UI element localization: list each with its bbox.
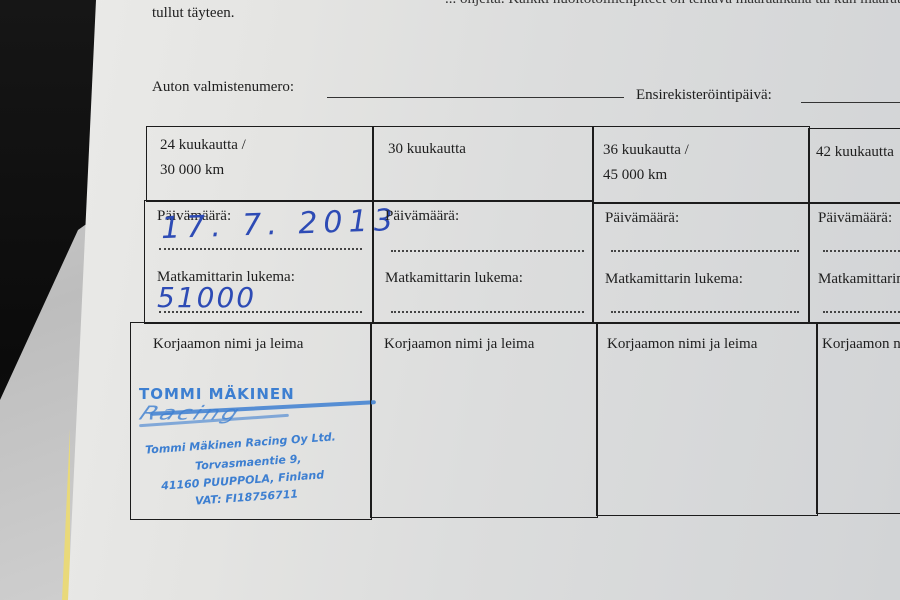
vin-field[interactable] xyxy=(327,97,624,98)
workshop-cell-24m: Korjaamon nimi ja leima TOMMI MÄKINEN Ra… xyxy=(130,322,372,520)
date-label: Päivämäärä: xyxy=(818,206,892,230)
header-line1: 42 kuukautta xyxy=(816,140,894,164)
date-field[interactable] xyxy=(611,250,799,252)
header-cell-36m: 36 kuukautta / 45 000 km xyxy=(592,126,810,204)
stamp-line3: 41160 PUUPPOLA, Finland xyxy=(161,468,325,492)
workshop-cell-36m[interactable]: Korjaamon nimi ja leima xyxy=(596,322,818,516)
header-cell-30m: 30 kuukautta xyxy=(372,126,594,202)
date-dotted-line xyxy=(159,248,362,250)
odometer-label: Matkamittarin lukema: xyxy=(385,266,523,290)
stamp-line1: Tommi Mäkinen Racing Oy Ltd. xyxy=(145,430,336,456)
odometer-label: Matkamittarin lukema: xyxy=(818,267,900,291)
entry-cell-36m: Päivämäärä: Matkamittarin lukema: xyxy=(592,202,810,324)
workshop-label: Korjaamon nimi ja leima xyxy=(607,332,757,356)
header-cell-42m: 42 kuukautta xyxy=(808,128,900,204)
workshop-cell-42m[interactable]: Korjaamon nimi ja leima xyxy=(816,322,900,514)
workshop-label: Korjaamon nimi ja leima xyxy=(822,332,900,356)
intro-text: tullut täyteen. xyxy=(152,5,234,22)
header-line1: 36 kuukautta / xyxy=(603,138,689,162)
workshop-label: Korjaamon nimi ja leima xyxy=(384,332,534,356)
date-handwritten[interactable]: 17. 7. 2013 xyxy=(160,203,399,246)
header-line2: 30 000 km xyxy=(160,158,224,182)
intro-text-clipped: ... ohjeita. Kaikki huoltotoimenpiteet o… xyxy=(445,0,900,8)
date-label: Päivämäärä: xyxy=(605,206,679,230)
stamp-line4: VAT: FI18756711 xyxy=(195,487,299,507)
date-field[interactable] xyxy=(391,250,584,252)
stamp-line2: Torvasmaentie 9, xyxy=(195,452,302,472)
workshop-label: Korjaamon nimi ja leima xyxy=(153,332,303,356)
header-cell-24m: 24 kuukautta / 30 000 km xyxy=(146,126,374,202)
entry-cell-24m: Päivämäärä: 17. 7. 2013 Matkamittarin lu… xyxy=(144,200,374,324)
service-booklet-page: ... ohjeita. Kaikki huoltotoimenpiteet o… xyxy=(0,0,900,600)
odometer-dotted-line xyxy=(159,311,362,313)
entry-cell-30m: Päivämäärä: Matkamittarin lukema: xyxy=(372,200,594,324)
date-field[interactable] xyxy=(823,250,900,252)
odometer-field[interactable] xyxy=(823,311,900,313)
odometer-handwritten[interactable]: 51000 xyxy=(157,281,256,314)
header-line2: 45 000 km xyxy=(603,163,667,187)
header-line1: 24 kuukautta / xyxy=(160,133,246,157)
date-label: Päivämäärä: xyxy=(385,204,459,228)
header-line1: 30 kuukautta xyxy=(388,137,466,161)
entry-cell-42m: Päivämäärä: Matkamittarin lukema: xyxy=(808,202,900,324)
workshop-cell-30m[interactable]: Korjaamon nimi ja leima xyxy=(370,322,598,518)
odometer-field[interactable] xyxy=(391,311,584,313)
odometer-label: Matkamittarin lukema: xyxy=(605,267,743,291)
first-registration-field[interactable] xyxy=(801,102,900,103)
first-registration-label: Ensirekisteröintipäivä: xyxy=(636,87,772,104)
odometer-field[interactable] xyxy=(611,311,799,313)
vin-label: Auton valmistenumero: xyxy=(152,79,294,96)
stamp-logo-top: TOMMI MÄKINEN xyxy=(139,385,295,403)
